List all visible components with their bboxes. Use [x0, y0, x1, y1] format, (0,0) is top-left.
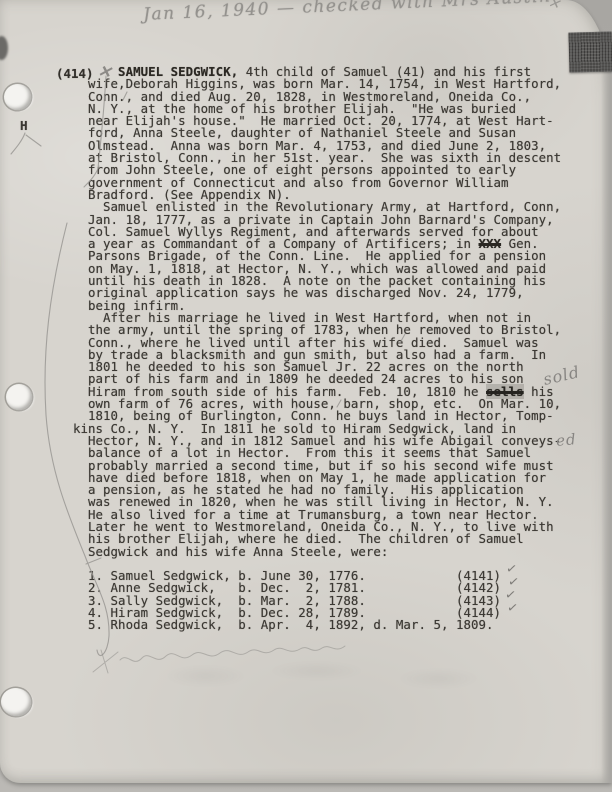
binder-tape-patch: [568, 31, 612, 72]
body-segment-c: his own farm of 76 acres, with house, ba…: [73, 384, 561, 633]
hole-punch-middle: [6, 384, 32, 410]
pencil-checkmark-4: ✓: [506, 600, 519, 617]
scanned-page-background: Jan 16, 1940 — checked with Mrs Austin ✕…: [0, 0, 612, 792]
body-segment-a: 4th child of Samuel (41) and his first w…: [73, 64, 561, 251]
ghost-ink-offset: [150, 650, 520, 702]
typed-body-text: SAMUEL SEDGWICK, 4th child of Samuel (41…: [73, 66, 561, 632]
margin-letter: H: [20, 118, 28, 133]
page-right-edge: [601, 72, 612, 783]
body-segment-b: Gen. Parsons Brigade, of the Conn. Line.…: [73, 236, 561, 399]
